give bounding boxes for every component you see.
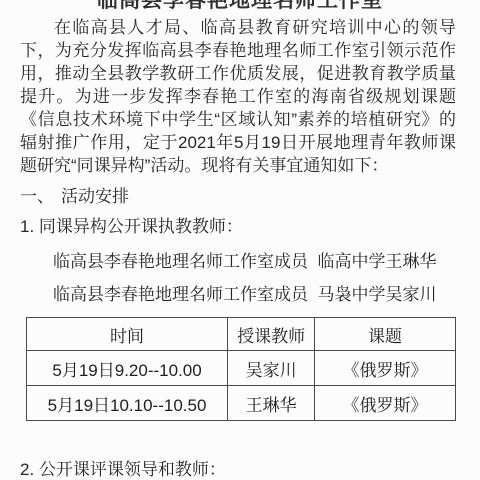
cell-teacher-1: 吴家川 bbox=[228, 351, 315, 386]
column-header-teacher: 授课教师 bbox=[228, 318, 315, 351]
member-line-1: 临高县李春艳地理名师工作室成员 临高中学王琳华 bbox=[20, 250, 456, 273]
table-row-1: 5月19日9.20--10.00 吴家川 《俄罗斯》 bbox=[27, 351, 456, 386]
cell-topic-2: 《俄罗斯》 bbox=[315, 386, 456, 421]
section-number: 一、 bbox=[20, 187, 54, 206]
cell-teacher-2: 王琳华 bbox=[228, 386, 315, 421]
member-line-2: 临高县李春艳地理名师工作室成员 马袅中学吴家川 bbox=[20, 283, 456, 306]
cell-time-2: 5月19日10.10--10.50 bbox=[27, 386, 228, 421]
header-row: 时间 授课教师 课题 bbox=[27, 318, 456, 351]
column-header-time: 时间 bbox=[27, 318, 228, 351]
list-item-2: 2. 公开课评课领导和教师： bbox=[20, 458, 456, 480]
cell-time-1: 5月19日9.20--10.00 bbox=[27, 351, 228, 386]
notice-document: 临高县李春艳地理名师工作室 在临高县人才局、临高县教育研究培训中心的领导下，为充… bbox=[0, 0, 480, 480]
section-heading-1: 一、活动安排 bbox=[20, 185, 456, 208]
document-body: 在临高县人才局、临高县教育研究培训中心的领导下，为充分发挥临高县李春艳地理名师工… bbox=[0, 0, 480, 480]
section-title: 活动安排 bbox=[61, 187, 129, 206]
schedule-table-body: 5月19日9.20--10.00 吴家川 《俄罗斯》 5月19日10.10--1… bbox=[27, 351, 456, 421]
cell-topic-1: 《俄罗斯》 bbox=[315, 351, 456, 386]
intro-paragraph: 在临高县人才局、临高县教育研究培训中心的领导下，为充分发挥临高县李春艳地理名师工… bbox=[20, 16, 456, 177]
list-item-1: 1. 同课异构公开课执教教师： bbox=[20, 215, 456, 238]
document-title: 临高县李春艳地理名师工作室 bbox=[0, 0, 480, 12]
table-row-2: 5月19日10.10--10.50 王琳华 《俄罗斯》 bbox=[27, 386, 456, 421]
schedule-table: 时间 授课教师 课题 5月19日9.20--10.00 吴家川 《俄罗斯》 5月… bbox=[26, 317, 456, 421]
schedule-table-header: 时间 授课教师 课题 bbox=[27, 318, 456, 351]
column-header-topic: 课题 bbox=[315, 318, 456, 351]
